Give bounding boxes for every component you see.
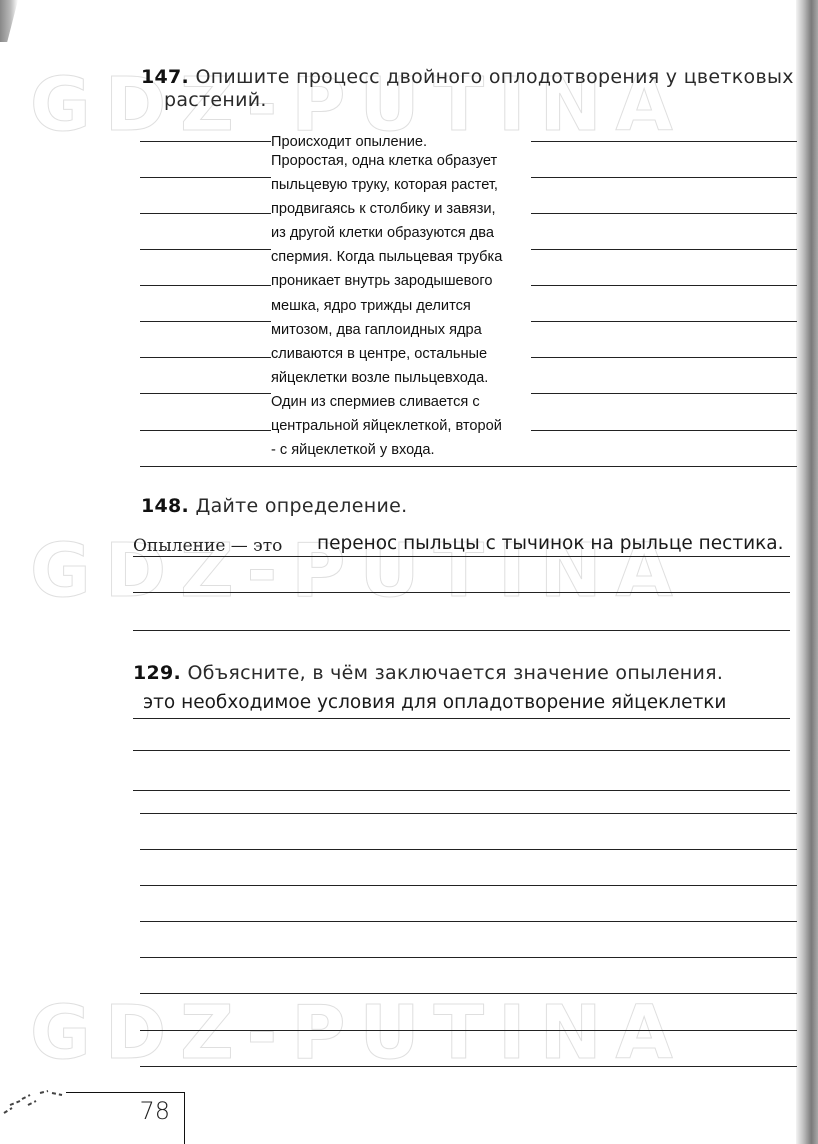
answer-line: яйцеклетки возле пыльцевхода.: [271, 366, 531, 390]
ruled-line: [140, 993, 797, 994]
answer-line: митозом, два гаплоидных ядра: [271, 318, 531, 342]
task-147-title: 147. Опишите процесс двойного оплодотвор…: [141, 66, 794, 88]
task-prompt: Опишите процесс двойного оплодотворения …: [195, 66, 793, 88]
ruled-line: [140, 1030, 797, 1031]
task-number: 147.: [141, 66, 189, 88]
answer-line: пыльцевую труку, которая растет,: [271, 173, 531, 197]
definition-term-label: Опыление — это: [133, 536, 282, 556]
answer-line: проникает внутрь зародышевого: [271, 269, 531, 293]
page-edge-shadow: [796, 0, 818, 1144]
ruled-line: [140, 849, 797, 850]
ruled-line: [133, 790, 790, 791]
ruled-line: [133, 592, 790, 593]
ruled-line: [140, 1066, 797, 1067]
answer-line: из другой клетки образуются два: [271, 221, 531, 245]
task-129-answer: это необходимое условия для опладотворен…: [143, 692, 726, 713]
ruled-line: [140, 813, 797, 814]
task-147-answer: Происходит опыление. Пророcтая, одна кле…: [271, 135, 531, 462]
answer-line: мешка, ядро трижды делится: [271, 294, 531, 318]
task-148-title: 148. Дайте определение.: [141, 495, 407, 517]
task-prompt: Дайте определение.: [195, 495, 407, 517]
answer-line: центральной яйцеклеткой, второй: [271, 414, 531, 438]
ruled-line: [140, 921, 797, 922]
task-147-title-cont: растений.: [164, 89, 267, 111]
answer-line: Пророcтая, одна клетка образует: [271, 149, 531, 173]
page-number: 78: [139, 1097, 170, 1125]
scan-artifact: [2, 1075, 72, 1115]
task-number: 148.: [141, 495, 189, 517]
watermark: GDZ-PUTINA: [30, 990, 687, 1076]
ruled-line: [140, 885, 797, 886]
answer-line: Один из спермиев сливается с: [271, 390, 531, 414]
ruled-line: [140, 957, 797, 958]
answer-line: продвигаясь к столбику и завязи,: [271, 197, 531, 221]
task-prompt: Объясните, в чём заключается значение оп…: [187, 662, 723, 684]
ruled-line: [140, 466, 797, 467]
page-corner-shadow: [0, 0, 18, 42]
ruled-line: [133, 718, 790, 719]
task-148-answer: перенос пыльцы с тычинок на рыльце пести…: [317, 533, 784, 554]
ruled-line: [133, 750, 790, 751]
ruled-line: [133, 630, 790, 631]
answer-line: спермия. Когда пыльцевая трубка: [271, 245, 531, 269]
answer-line: - с яйцеклеткой у входа.: [271, 438, 531, 462]
task-number: 129.: [133, 662, 181, 684]
page-number-box: 78: [66, 1092, 185, 1144]
task-129-title: 129. Объясните, в чём заключается значен…: [133, 662, 723, 684]
answer-line: Происходит опыление.: [271, 135, 531, 149]
ruled-line: [133, 556, 790, 557]
answer-line: сливаются в центре, остальные: [271, 342, 531, 366]
